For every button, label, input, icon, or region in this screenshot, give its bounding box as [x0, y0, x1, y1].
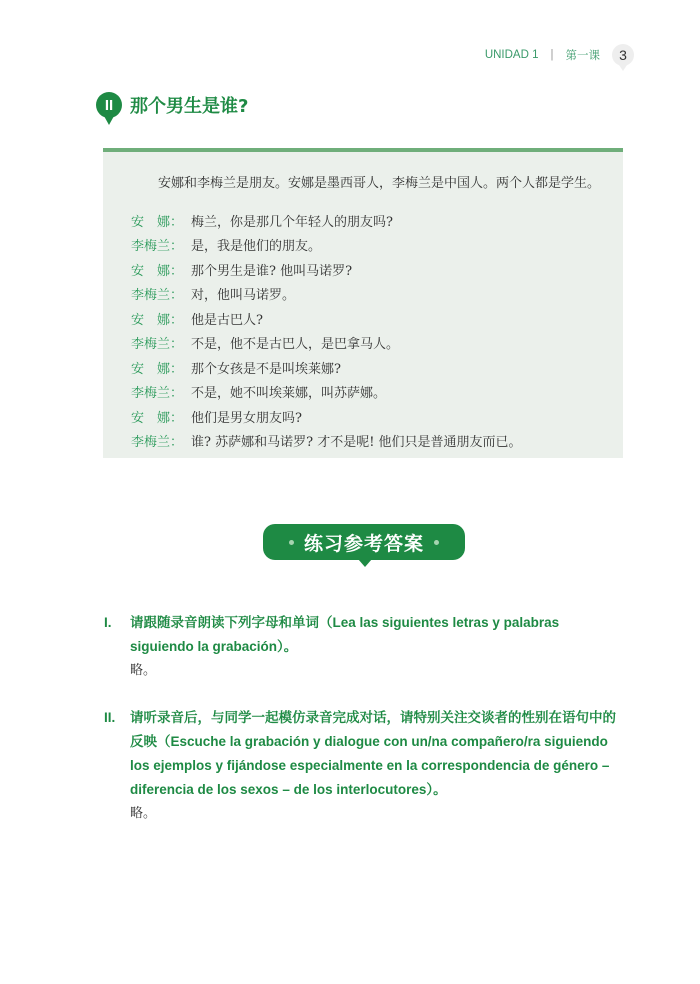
section-heading: II 那个男生是谁? — [96, 92, 248, 118]
utterance: 他们是男女朋友吗? — [191, 407, 302, 426]
section-number-pin-icon: II — [96, 92, 122, 118]
exercise-2: II. 请听录音后，与同学一起模仿录音完成对话，请特别关注交谈者的性别在语句中的… — [104, 706, 626, 826]
exercise-instruction: 请跟随录音朗读下列字母和单词（Lea las siguientes letras… — [130, 611, 626, 659]
banner-label: 练习参考答案 — [304, 529, 424, 556]
section-number: II — [105, 97, 113, 114]
speaker: 安 娜： — [131, 407, 191, 426]
utterance: 是，我是他们的朋友。 — [191, 235, 321, 254]
dialogue-line: 李梅兰：对，他叫马诺罗。 — [131, 282, 522, 307]
utterance: 那个男生是谁? 他叫马诺罗? — [191, 260, 352, 279]
answers-banner: 练习参考答案 — [263, 524, 465, 560]
exercise-answer: 略。 — [130, 802, 626, 826]
utterance: 对，他叫马诺罗。 — [191, 284, 295, 303]
exercise-instruction: 请听录音后，与同学一起模仿录音完成对话，请特别关注交谈者的性别在语句中的反映（E… — [130, 706, 626, 802]
lesson-label: 第一课 — [566, 47, 601, 63]
dialogue-line: 李梅兰：谁? 苏萨娜和马诺罗? 才不是呢! 他们只是普通朋友而已。 — [131, 429, 522, 454]
speaker: 安 娜： — [131, 309, 191, 328]
utterance: 谁? 苏萨娜和马诺罗? 才不是呢! 他们只是普通朋友而已。 — [191, 431, 522, 450]
utterance: 不是，他不是古巴人，是巴拿马人。 — [191, 333, 399, 352]
exercise-1: I. 请跟随录音朗读下列字母和单词（Lea las siguientes let… — [104, 611, 626, 683]
dialogue-line: 安 娜：梅兰，你是那几个年轻人的朋友吗? — [131, 208, 522, 233]
utterance: 那个女孩是不是叫埃莱娜? — [191, 358, 341, 377]
speaker: 李梅兰： — [131, 431, 191, 450]
bullet-dot-icon — [434, 540, 439, 545]
exercise-number: I. — [104, 611, 130, 659]
speaker: 李梅兰： — [131, 382, 191, 401]
utterance: 不是，她不叫埃莱娜，叫苏萨娜。 — [191, 382, 386, 401]
page-number: 3 — [619, 47, 627, 63]
dialogue-line: 安 娜：那个男生是谁? 他叫马诺罗? — [131, 257, 522, 282]
utterance: 梅兰，你是那几个年轻人的朋友吗? — [191, 211, 393, 230]
speaker: 李梅兰： — [131, 284, 191, 303]
dialogue-line: 李梅兰：是，我是他们的朋友。 — [131, 233, 522, 258]
speaker: 李梅兰： — [131, 333, 191, 352]
section-title: 那个男生是谁? — [130, 92, 248, 118]
exercise-instruction-row: I. 请跟随录音朗读下列字母和单词（Lea las siguientes let… — [104, 611, 626, 659]
dialogue-line: 安 娜：他是古巴人? — [131, 306, 522, 331]
exercise-number: II. — [104, 706, 130, 802]
dialogue-line: 安 娜：那个女孩是不是叫埃莱娜? — [131, 355, 522, 380]
speaker: 安 娜： — [131, 211, 191, 230]
unit-label: UNIDAD 1 — [485, 49, 539, 61]
speaker: 李梅兰： — [131, 235, 191, 254]
speaker: 安 娜： — [131, 260, 191, 279]
dialogue-intro: 安娜和李梅兰是朋友。安娜是墨西哥人，李梅兰是中国人。两个人都是学生。 — [158, 172, 600, 191]
utterance: 他是古巴人? — [191, 309, 263, 328]
dialogue-line: 李梅兰：不是，她不叫埃莱娜，叫苏萨娜。 — [131, 380, 522, 405]
speaker: 安 娜： — [131, 358, 191, 377]
bullet-dot-icon — [289, 540, 294, 545]
dialogue-lines: 安 娜：梅兰，你是那几个年轻人的朋友吗? 李梅兰：是，我是他们的朋友。 安 娜：… — [131, 208, 522, 453]
page-number-badge: 3 — [612, 44, 634, 66]
dialogue-line: 安 娜：他们是男女朋友吗? — [131, 404, 522, 429]
dialogue-line: 李梅兰：不是，他不是古巴人，是巴拿马人。 — [131, 331, 522, 356]
dialogue-panel: 安娜和李梅兰是朋友。安娜是墨西哥人，李梅兰是中国人。两个人都是学生。 安 娜：梅… — [103, 148, 623, 458]
header-separator: | — [551, 49, 554, 61]
exercise-instruction-row: II. 请听录音后，与同学一起模仿录音完成对话，请特别关注交谈者的性别在语句中的… — [104, 706, 626, 802]
page-header: UNIDAD 1 | 第一课 3 — [485, 44, 634, 66]
exercise-answer: 略。 — [130, 659, 626, 683]
